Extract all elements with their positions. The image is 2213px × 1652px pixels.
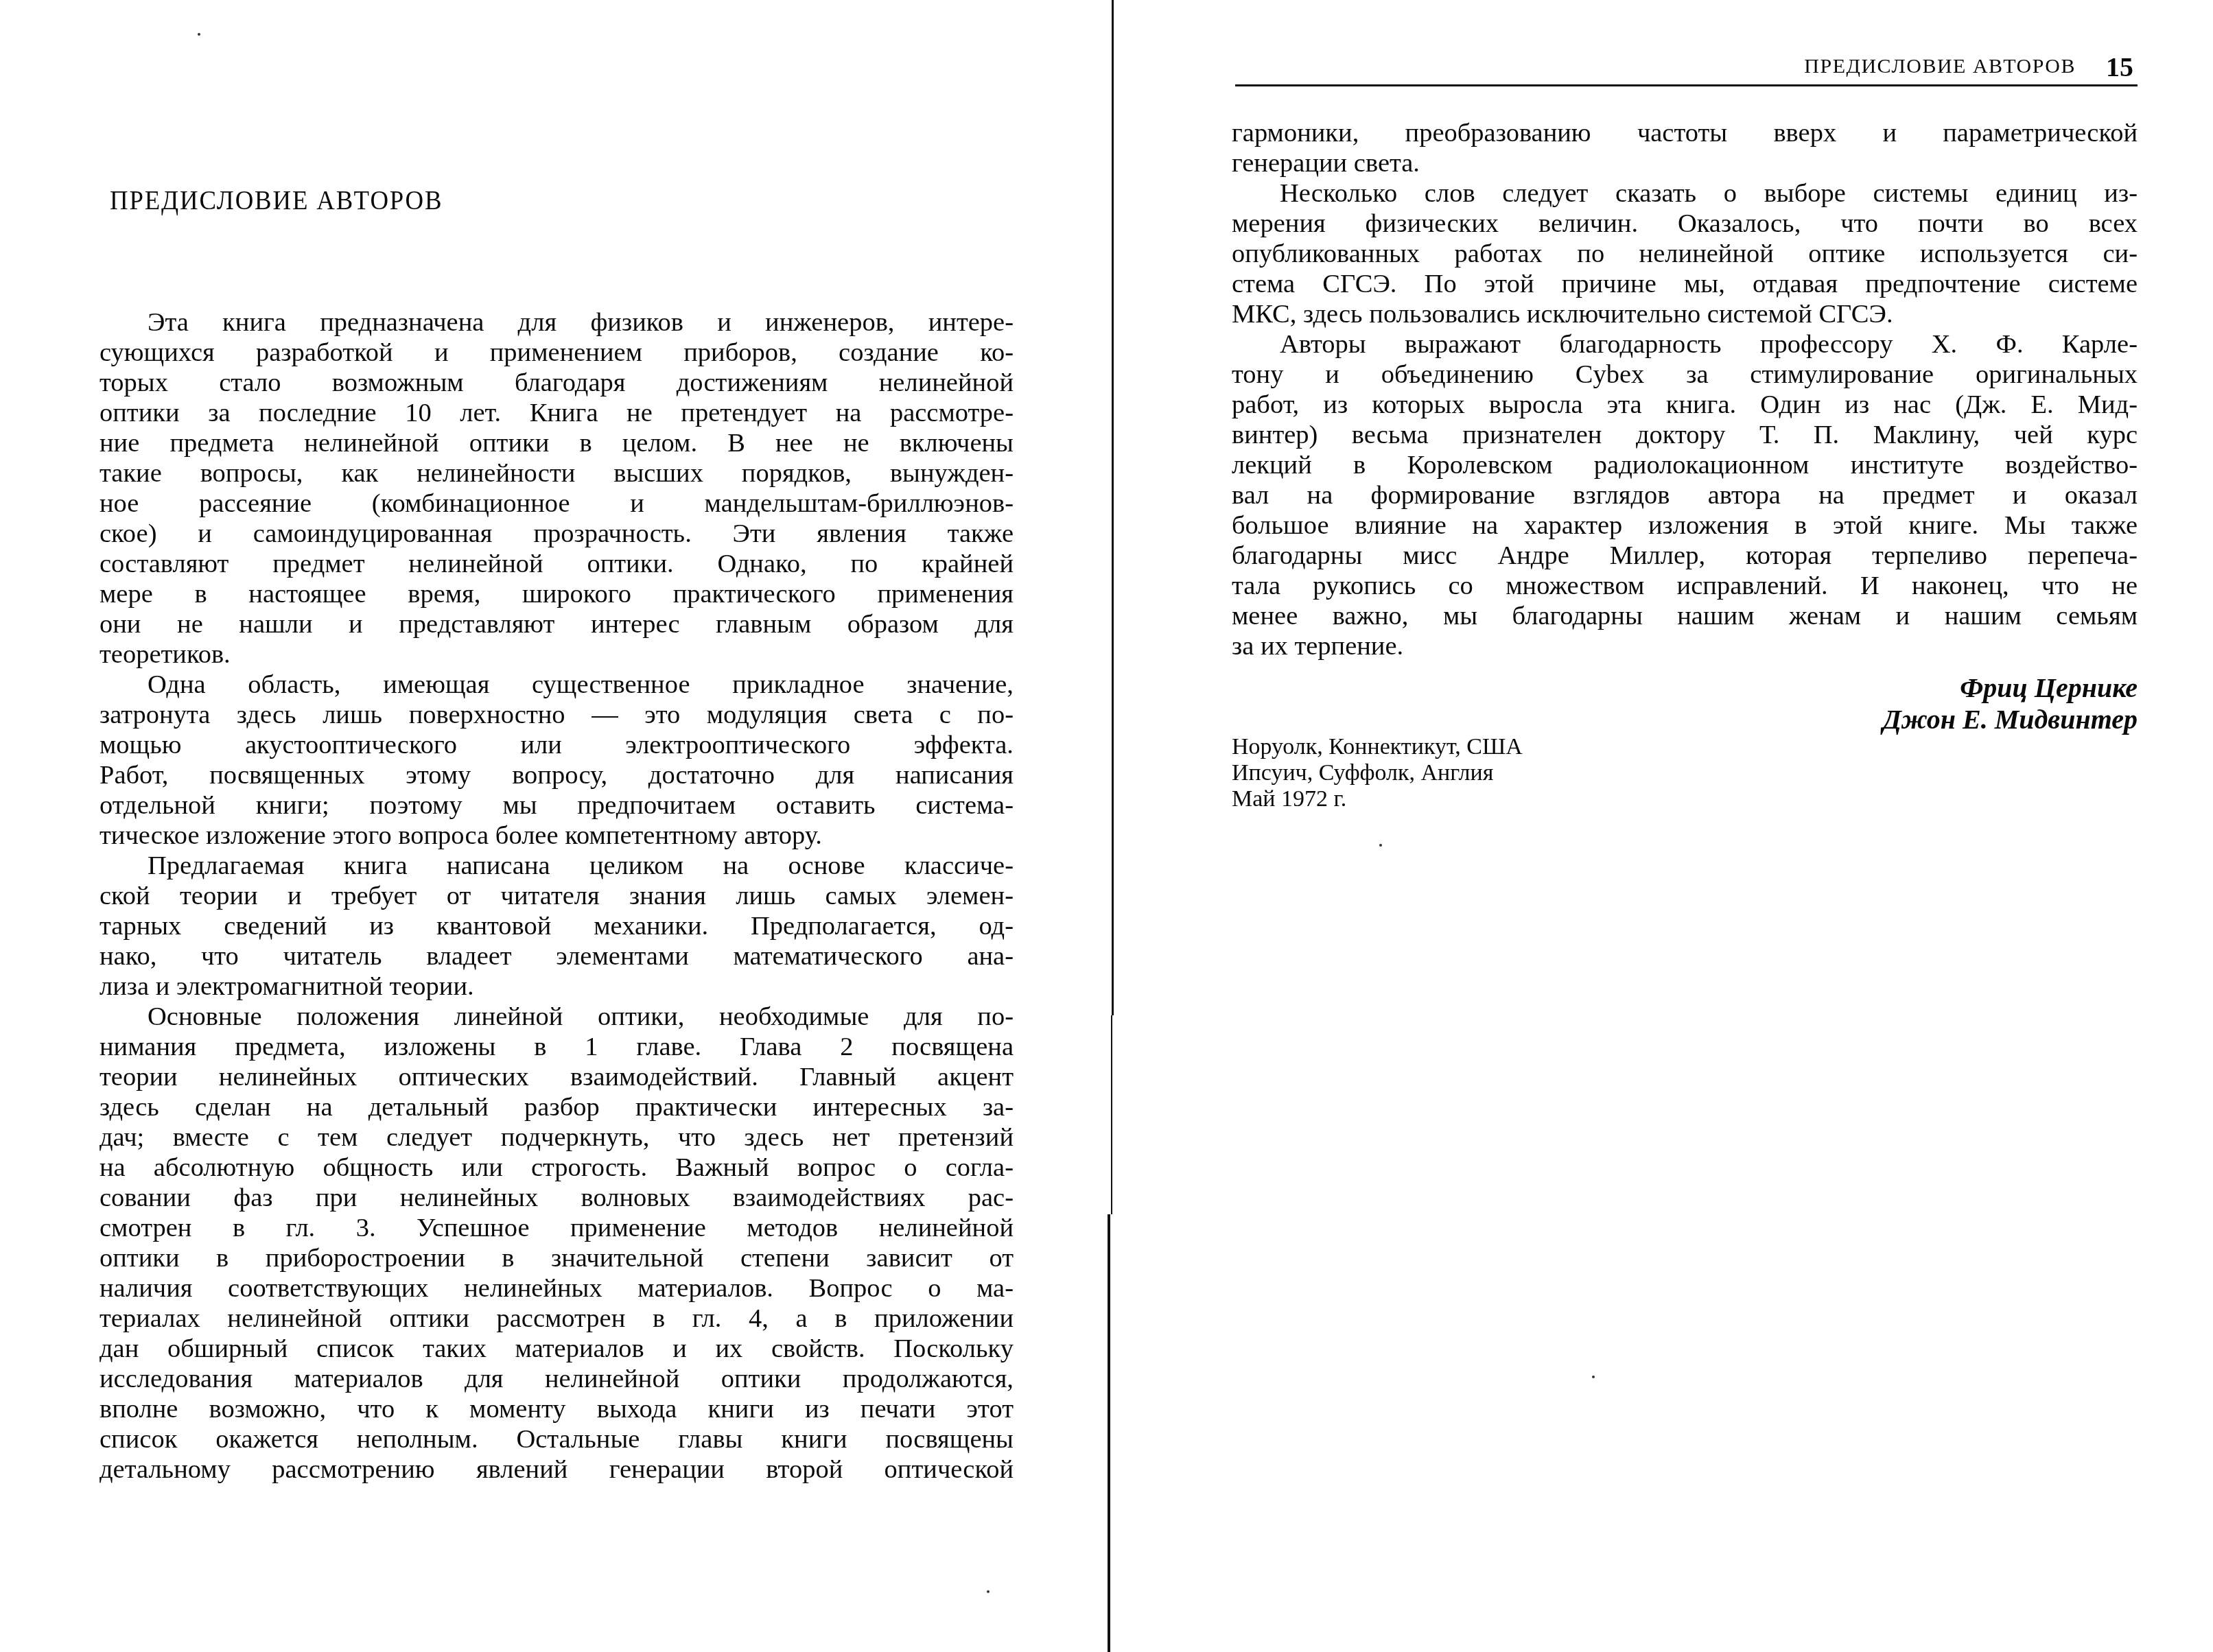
text-line: составляют предмет нелинейной оптики. Од… <box>99 549 1014 579</box>
text-line: оптики в приборостроении в значительной … <box>99 1243 1014 1273</box>
right-page: ПРЕДИСЛОВИЕ АВТОРОВ 15 гармоники, преобр… <box>1119 0 2213 1652</box>
print-speck <box>987 1590 990 1593</box>
text-line: здесь сделан на детальный разбор практич… <box>99 1092 1014 1122</box>
text-line: список окажется неполным. Остальные глав… <box>99 1424 1014 1454</box>
text-line: ное рассеяние (комбинационное и мандельш… <box>99 488 1014 519</box>
text-line: тону и объединению Cybex за стимулирован… <box>1232 359 2138 390</box>
text-line: винтер) весьма признателен доктору Т. П.… <box>1232 420 2138 450</box>
text-line: ской теории и требует от читателя знания… <box>99 881 1014 911</box>
text-line: генерации света. <box>1232 148 2138 178</box>
text-line: торых стало возможным благодаря достижен… <box>99 368 1014 398</box>
text-line: мере в настоящее время, широкого практич… <box>99 579 1014 609</box>
text-line: они не нашли и представляют интерес глав… <box>99 609 1014 639</box>
text-line: ское) и самоиндуцированная прозрачность.… <box>99 519 1014 549</box>
gutter-line <box>1111 1015 1112 1214</box>
text-line: гармоники, преобразованию частоты вверх … <box>1232 118 2138 148</box>
text-line: такие вопросы, как нелинейности высших п… <box>99 458 1014 488</box>
print-speck <box>1592 1376 1595 1378</box>
text-line: Несколько слов следует сказать о выборе … <box>1232 178 2138 209</box>
right-body-text: гармоники, преобразованию частоты вверх … <box>1232 118 2138 661</box>
date-line: Май 1972 г. <box>1232 786 1523 812</box>
text-line: Одна область, имеющая существенное прикл… <box>99 670 1014 700</box>
text-line: Предлагаемая книга написана целиком на о… <box>99 851 1014 881</box>
text-line: сующихся разработкой и применением прибо… <box>99 338 1014 368</box>
text-line: вал на формирование взглядов автора на п… <box>1232 480 2138 510</box>
place-and-date: Норуолк, Коннектикут, США Ипсуич, Суффол… <box>1232 734 1523 812</box>
text-line: дач; вместе с тем следует подчеркнуть, ч… <box>99 1122 1014 1153</box>
text-line: стема СГСЭ. По этой причине мы, отдавая … <box>1232 269 2138 299</box>
text-line: дан обширный список таких материалов и и… <box>99 1334 1014 1364</box>
text-line: большое влияние на характер изложения в … <box>1232 510 2138 541</box>
text-line: совании фаз при нелинейных волновых взаи… <box>99 1183 1014 1213</box>
text-line: теории нелинейных оптических взаимодейст… <box>99 1062 1014 1092</box>
text-line: на абсолютную общность или строгость. Ва… <box>99 1153 1014 1183</box>
text-line: Эта книга предназначена для физиков и ин… <box>99 307 1014 338</box>
text-line: лиза и электромагнитной теории. <box>99 971 1014 1002</box>
text-line: благодарны мисс Андре Миллер, которая те… <box>1232 541 2138 571</box>
text-line: Авторы выражают благодарность профессору… <box>1232 329 2138 359</box>
text-line: отдельной книги; поэтому мы предпочитаем… <box>99 790 1014 821</box>
text-line: исследования материалов для нелинейной о… <box>99 1364 1014 1394</box>
text-line: териалах нелинейной оптики рассмотрен в … <box>99 1303 1014 1334</box>
gutter-line <box>1112 0 1114 1015</box>
text-line: затронута здесь лишь поверхностно — это … <box>99 700 1014 730</box>
text-line: смотрен в гл. 3. Успешное применение мет… <box>99 1213 1014 1243</box>
text-line: тическое изложение этого вопроса более к… <box>99 821 1014 851</box>
place-line: Норуолк, Коннектикут, США <box>1232 734 1523 760</box>
running-head: ПРЕДИСЛОВИЕ АВТОРОВ 15 <box>1119 48 2138 89</box>
text-line: тарных сведений из квантовой механики. П… <box>99 911 1014 941</box>
text-line: менее важно, мы благодарны нашим женам и… <box>1232 601 2138 631</box>
text-line: оптики за последние 10 лет. Книга не пре… <box>99 398 1014 428</box>
text-line: нако, что читатель владеет элементами ма… <box>99 941 1014 971</box>
author-signatures: Фриц Цернике Джон Е. Мидвинтер <box>1232 672 2138 735</box>
text-line: опубликованных работах по нелинейной опт… <box>1232 239 2138 269</box>
text-line: лекций в Королевском радиолокационном ин… <box>1232 450 2138 480</box>
chapter-title: ПРЕДИСЛОВИЕ АВТОРОВ <box>110 184 443 216</box>
signature-midwinter: Джон Е. Мидвинтер <box>1232 704 2138 735</box>
text-line: теоретиков. <box>99 639 1014 670</box>
text-line: тала рукопись со множеством исправлений.… <box>1232 571 2138 601</box>
text-line: за их терпение. <box>1232 631 2138 661</box>
text-line: мерения физических величин. Оказалось, ч… <box>1232 209 2138 239</box>
text-line: наличия соответствующих нелинейных матер… <box>99 1273 1014 1303</box>
page-number: 15 <box>2106 51 2133 83</box>
text-line: мощью акустооптического или электрооптич… <box>99 730 1014 760</box>
text-line: работ, из которых выросла эта книга. Оди… <box>1232 390 2138 420</box>
text-line: нимания предмета, изложены в 1 главе. Гл… <box>99 1032 1014 1062</box>
print-speck <box>198 33 200 36</box>
left-page: ПРЕДИСЛОВИЕ АВТОРОВ Эта книга предназнач… <box>0 0 1105 1652</box>
gutter-line <box>1108 1214 1113 1652</box>
place-line: Ипсуич, Суффолк, Англия <box>1232 760 1523 786</box>
signature-zernike: Фриц Цернике <box>1232 672 2138 704</box>
book-gutter <box>1106 0 1116 1652</box>
text-line: МКС, здесь пользовались исключительно си… <box>1232 299 2138 329</box>
header-rule <box>1235 84 2138 86</box>
text-line: Основные положения линейной оптики, необ… <box>99 1002 1014 1032</box>
print-speck <box>1379 844 1382 847</box>
left-body-text: Эта книга предназначена для физиков и ин… <box>99 307 1014 1485</box>
text-line: детальному рассмотрению явлений генераци… <box>99 1454 1014 1485</box>
text-line: вполне возможно, что к моменту выхода кн… <box>99 1394 1014 1424</box>
running-title: ПРЕДИСЛОВИЕ АВТОРОВ <box>1804 55 2076 78</box>
text-line: Работ, посвященных этому вопросу, достат… <box>99 760 1014 790</box>
text-line: ние предмета нелинейной оптики в целом. … <box>99 428 1014 458</box>
